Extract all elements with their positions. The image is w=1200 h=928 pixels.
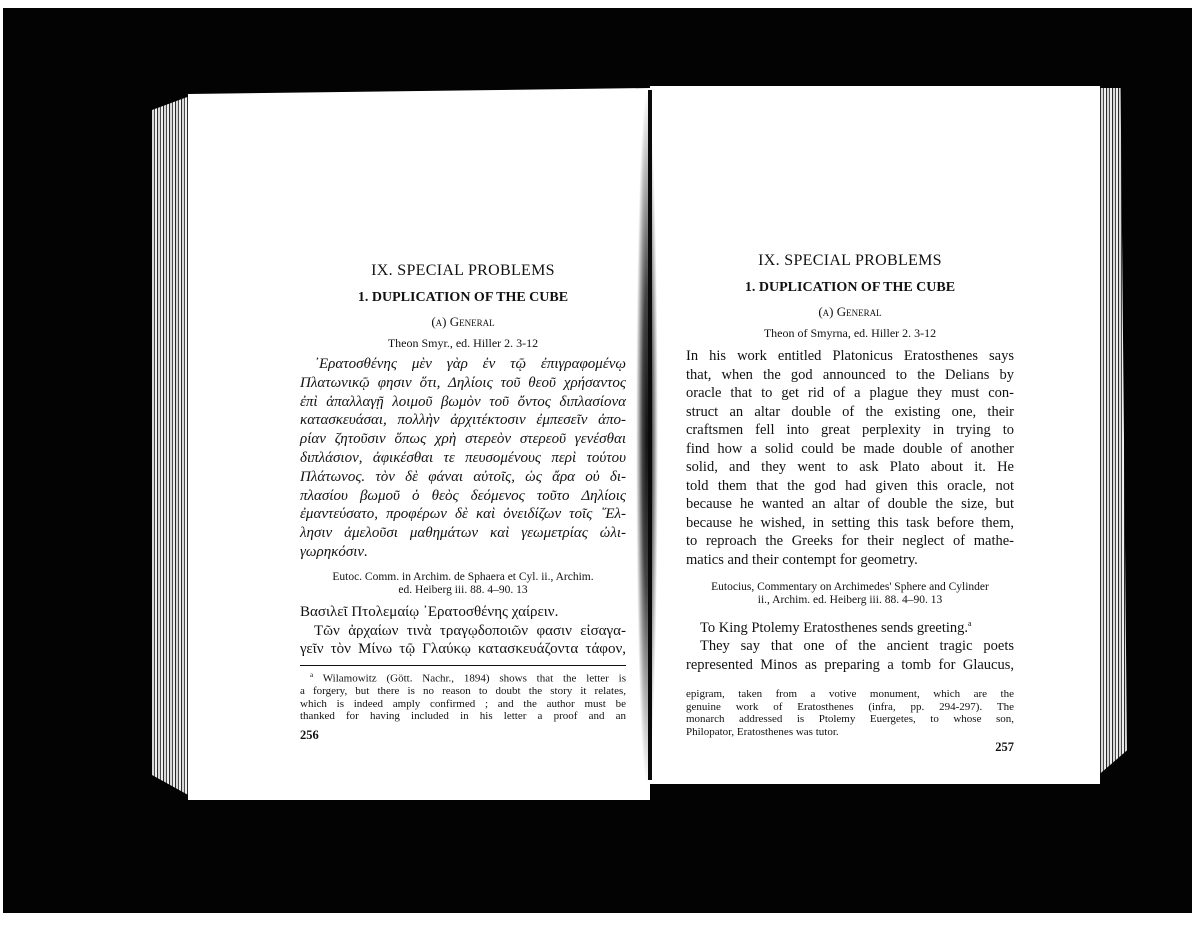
citation-line: ii., Archim. ed. Heiberg iii. 88. 4–90. …	[686, 594, 1014, 607]
chapter-heading: IX. SPECIAL PROBLEMS	[686, 252, 1014, 270]
body-line: that, when the god announced to the Deli…	[686, 366, 1014, 385]
greek-line: ἐμαντεύσατο, προφέρων δὲ καὶ ὀνειδίζων τ…	[300, 505, 626, 524]
source-citation-2: Eutocius, Commentary on Archimedes' Sphe…	[686, 581, 1014, 607]
greek-passage: ᾿Ερατοσθένης μὲν γὰρ ἐν τῷ ἐπιγραφομένῳ …	[300, 355, 626, 562]
citation-line: Eutoc. Comm. in Archim. de Sphaera et Cy…	[300, 571, 626, 584]
footnote-continued: epigram, taken from a votive monument, w…	[686, 688, 1014, 738]
citation-line: Eutocius, Commentary on Archimedes' Sphe…	[686, 581, 1014, 594]
body-line: craftsmen fell into great perplexity in …	[686, 421, 1014, 440]
body-line: told them that the god had given this or…	[686, 477, 1014, 496]
footnote-text: Wilamowitz (Gött. Nachr., 1894) shows th…	[323, 673, 626, 685]
book-spine-line	[648, 90, 652, 780]
source-citation: Theon Smyr., ed. Hiller 2. 3-12	[300, 336, 626, 351]
greek-line: ρίαν ζητοῦσιν ὅπως χρὴ στερεὸν στερεοῦ γ…	[300, 430, 626, 449]
body-line: They say that one of the ancient tragic …	[686, 637, 1014, 656]
book-gutter-shadow	[636, 88, 658, 788]
greek-line: διπλάσιον, ἀφικέσθαι τε πευσομένους περὶ…	[300, 449, 626, 468]
footnote-line: a Wilamowitz (Gött. Nachr., 1894) shows …	[300, 669, 626, 685]
greeting-line: To King Ptolemy Eratosthenes sends greet…	[686, 615, 1014, 637]
body-line: find how a solid could be made double of…	[686, 440, 1014, 459]
citation-line: ed. Heiberg iii. 88. 4–90. 13	[300, 584, 626, 597]
greek-line: γωρηκόσιν.	[300, 543, 626, 562]
right-page-content: IX. SPECIAL PROBLEMS 1. DUPLICATION OF T…	[686, 252, 1014, 755]
body-line: In his work entitled Platonicus Eratosth…	[686, 347, 1014, 366]
footnote-line: genuine work of Eratosthenes (infra, pp.…	[686, 701, 1014, 714]
greek-line: Πλάτωνος. τὸν δὲ φάναι αὐτοῖς, ὡς ἄρα οὐ…	[300, 468, 626, 487]
footnote-line: a forgery, but there is no reason to dou…	[300, 685, 626, 698]
footnote-line: Philopator, Eratosthenes was tutor.	[686, 726, 1014, 739]
subsection-heading: (a) General	[686, 304, 1014, 320]
subsection-heading: (a) General	[300, 314, 626, 330]
greeting-text: To King Ptolemy Eratosthenes sends greet…	[700, 620, 968, 636]
body-line: because he wanted an altar of double the…	[686, 495, 1014, 514]
greek-line: Τῶν ἀρχαίων τινὰ τραγῳδοποιῶν φασιν εἰσα…	[300, 622, 626, 641]
greek-line: Πλατωνικῷ φησιν ὅτι, Δηλίοις τοῦ θεοῦ χρ…	[300, 374, 626, 393]
page-number: 256	[300, 728, 626, 743]
body-line: oracle that to get rid of a plague they …	[686, 384, 1014, 403]
footnote-rule	[300, 665, 626, 666]
footnote: a Wilamowitz (Gött. Nachr., 1894) shows …	[300, 669, 626, 723]
greek-line: ἐπὶ ἀπαλλαγῇ λοιμοῦ βωμὸν τοῦ ὄντος διπλ…	[300, 393, 626, 412]
body-line: matics and their contempt for geometry.	[686, 551, 1014, 570]
footnote-marker: a	[310, 671, 313, 679]
body-line: struct an altar double of the existing o…	[686, 403, 1014, 422]
source-citation: Theon of Smyrna, ed. Hiller 2. 3-12	[686, 326, 1014, 341]
body-line: represented Minos as preparing a tomb fo…	[686, 656, 1014, 675]
footnote-line: epigram, taken from a votive monument, w…	[686, 688, 1014, 701]
footnote-line: thanked for having included in his lette…	[300, 710, 626, 723]
greek-line: κατασκευάσαι, πολλὴν ἀρχιτέκτοσιν ἐμπεσε…	[300, 411, 626, 430]
greek-line: πλασίου βωμοῦ ὁ θεὸς δεόμενος τοῦτο Δηλί…	[300, 487, 626, 506]
left-page-edges	[152, 96, 190, 796]
chapter-heading: IX. SPECIAL PROBLEMS	[300, 262, 626, 280]
section-heading: 1. DUPLICATION OF THE CUBE	[300, 290, 626, 306]
page-number: 257	[686, 740, 1014, 755]
greek-line: λησιν ἀμελοῦσι μαθημάτων καὶ γεωμετρίας …	[300, 524, 626, 543]
greek-line: Βασιλεῖ Πτολεμαίῳ ᾿Ερατοσθένης χαίρειν.	[300, 603, 626, 622]
letter-passage: To King Ptolemy Eratosthenes sends greet…	[686, 615, 1014, 674]
greek-letter: Βασιλεῖ Πτολεμαίῳ ᾿Ερατοσθένης χαίρειν. …	[300, 603, 626, 659]
body-line: because he wished, in setting this task …	[686, 514, 1014, 533]
source-citation-2: Eutoc. Comm. in Archim. de Sphaera et Cy…	[300, 571, 626, 597]
translation-passage: In his work entitled Platonicus Eratosth…	[686, 347, 1014, 569]
body-line: to reproach the Greeks for their neglect…	[686, 532, 1014, 551]
footnote-marker: a	[968, 619, 972, 628]
open-book: IX. SPECIAL PROBLEMS 1. DUPLICATION OF T…	[0, 0, 1200, 928]
greek-line: γεῖν τὸν Μίνω τῷ Γλαύκῳ κατασκευάζοντα τ…	[300, 640, 626, 659]
greek-line: ᾿Ερατοσθένης μὲν γὰρ ἐν τῷ ἐπιγραφομένῳ	[300, 355, 626, 374]
section-heading: 1. DUPLICATION OF THE CUBE	[686, 280, 1014, 296]
body-line: solid, and they went to ask Plato about …	[686, 458, 1014, 477]
footnote-line: which is indeed amply confirmed ; and th…	[300, 698, 626, 711]
footnote-line: monarch addressed is Ptolemy Euergetes, …	[686, 713, 1014, 726]
left-page-content: IX. SPECIAL PROBLEMS 1. DUPLICATION OF T…	[300, 262, 626, 743]
